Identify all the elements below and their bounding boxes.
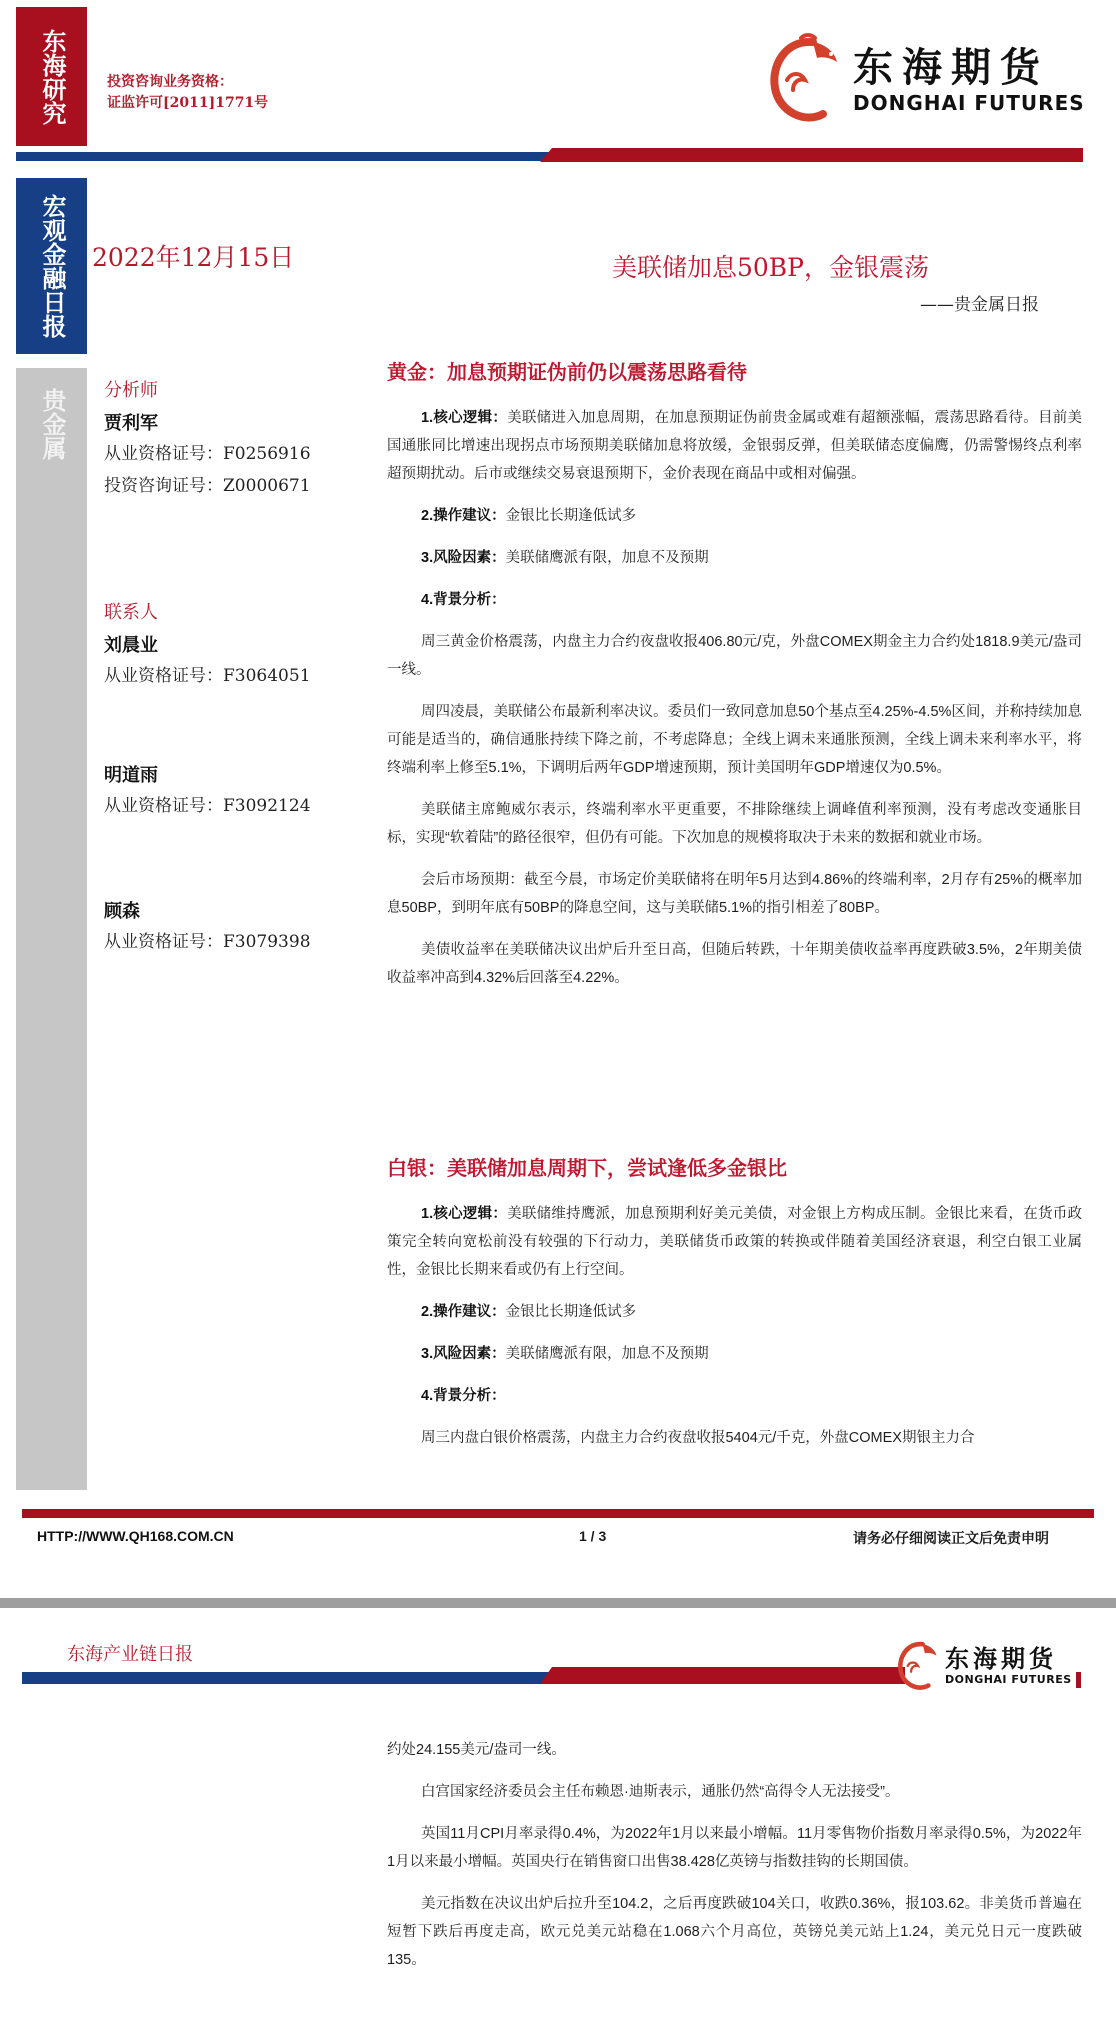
gold-op-text: 金银比长期逢低试多 [506,508,637,524]
silver-op-label: 2.操作建议： [421,1304,506,1320]
subcategory-column: 贵金属 [16,368,87,1490]
page2-logo-accent [1076,1672,1081,1688]
contact-license: 从业资格证号：F3092124 [104,790,344,822]
category-block: 宏观金融日报 [16,178,87,354]
gold-operation: 2.操作建议：金银比长期逢低试多 [387,502,1082,530]
page2-divider-blue [22,1672,562,1684]
silver-bg-label: 4.背景分析： [421,1388,506,1404]
silver-risk: 3.风险因素：美联储鹰派有限，加息不及预期 [387,1340,1082,1368]
footer-divider [22,1509,1094,1518]
contact-name: 刘晨业 [104,632,344,660]
logo-chinese: 东海期货 [945,1645,1072,1673]
brand-block-label: 东海研究 [39,29,64,125]
footer-disclaimer: 请务必仔细阅读正文后免责申明 [853,1528,1049,1548]
gold-section-title: 黄金：加息预期证伪前仍以震荡思路看待 [387,358,1082,386]
logo-english: DONGHAI FUTURES [853,91,1085,115]
contact-role-heading: 联系人 [104,600,344,626]
silver-bg-para: 周三内盘白银价格震荡，内盘主力合约夜盘收报5404元/千克，外盘COMEX期银主… [387,1424,1082,1452]
report-title: 美联储加息50BP，金银震荡 [612,248,929,284]
donghai-logo: 东海期货 DONGHAI FUTURES [765,32,1090,128]
gold-bg-para: 周三黄金价格震荡，内盘主力合约夜盘收报406.80元/克，外盘COMEX期金主力… [387,628,1082,684]
gold-core-logic: 1.核心逻辑：美联储进入加息周期，在加息预期证伪前贵金属或难有超额涨幅，震荡思路… [387,404,1082,488]
silver-core-label: 1.核心逻辑： [421,1206,507,1222]
contact-license: 从业资格证号：F3079398 [104,926,344,958]
qualification-info: 投资咨询业务资格： 证监许可[2011]1771号 [107,72,268,114]
qualification-line1: 投资咨询业务资格： [107,72,268,93]
silver-section-title: 白银：美联储加息周期下，尝试逢低多金银比 [387,1154,1082,1182]
dragon-logo-icon [765,32,845,128]
gold-bg-para: 周四凌晨，美联储公布最新利率决议。委员们一致同意加息50个基点至4.25%-4.… [387,698,1082,782]
silver-section: 白银：美联储加息周期下，尝试逢低多金银比 1.核心逻辑：美联储维持鹰派，加息预期… [387,1154,1082,1452]
gold-risk-text: 美联储鹰派有限，加息不及预期 [506,550,709,566]
gold-background-heading: 4.背景分析： [387,586,1082,614]
page-number: 1 / 3 [579,1528,606,1544]
contact-name: 明道雨 [104,762,344,790]
page2-logo: 东海期货 DONGHAI FUTURES [895,1636,1072,1696]
contact-license: 从业资格证号：F3064051 [104,660,344,692]
logo-chinese: 东海期货 [853,45,1085,91]
silver-op-text: 金银比长期逢低试多 [506,1304,637,1320]
gold-op-label: 2.操作建议： [421,508,506,524]
analyst-name: 贾利军 [104,410,344,438]
report-date: 2022年12月15日 [92,238,294,274]
gold-risk: 3.风险因素：美联储鹰派有限，加息不及预期 [387,544,1082,572]
page-separator [0,1598,1116,1608]
subcategory-label: 贵金属 [39,388,64,460]
page2-content: 约处24.155美元/盎司一线。 白宫国家经济委员会主任布赖恩·迪斯表示，通胀仍… [387,1736,1082,1974]
dragon-logo-icon [895,1636,941,1696]
analyst-license: 从业资格证号：F0256916 [104,438,344,470]
silver-core-logic: 1.核心逻辑：美联储维持鹰派，加息预期利好美元美债，对金银上方构成压制。金银比来… [387,1200,1082,1284]
report-subtitle: ——贵金属日报 [920,290,1039,315]
silver-operation: 2.操作建议：金银比长期逢低试多 [387,1298,1082,1326]
header-divider-blue [16,152,576,161]
page2-para: 英国11月CPI月率录得0.4%，为2022年1月以来最小增幅。11月零售物价指… [387,1820,1082,1876]
page2-divider-red [540,1667,905,1684]
logo-english: DONGHAI FUTURES [945,1673,1072,1687]
analyst-panel: 分析师 贾利军 从业资格证号：F0256916 投资咨询证号：Z0000671 … [104,378,344,958]
gold-bg-label: 4.背景分析： [421,592,506,608]
footer-website-link[interactable]: HTTP://WWW.QH168.COM.CN [37,1528,234,1544]
gold-bg-para: 会后市场预期：截至今晨，市场定价美联储将在明年5月达到4.86%的终端利率，2月… [387,866,1082,922]
header-divider-red [540,148,1083,162]
page2-para: 美元指数在决议出炉后拉升至104.2，之后再度跌破104关口，收跌0.36%，报… [387,1890,1082,1974]
category-label: 宏观金融日报 [39,194,64,338]
silver-background-heading: 4.背景分析： [387,1382,1082,1410]
qualification-line2: 证监许可[2011]1771号 [107,93,268,114]
gold-bg-para: 美债收益率在美联储决议出炉后升至日高，但随后转跌，十年期美债收益率再度跌破3.5… [387,936,1082,992]
gold-bg-para: 美联储主席鲍威尔表示，终端利率水平更重要，不排除继续上调峰值利率预测，没有考虑改… [387,796,1082,852]
page2-header-title: 东海产业链日报 [67,1640,193,1666]
analyst-consult-license: 投资咨询证号：Z0000671 [104,470,344,502]
gold-risk-label: 3.风险因素： [421,550,506,566]
silver-risk-label: 3.风险因素： [421,1346,506,1362]
gold-core-label: 1.核心逻辑： [421,410,507,426]
silver-bg-continuation: 约处24.155美元/盎司一线。 [387,1736,1082,1764]
contact-name: 顾森 [104,898,344,926]
gold-section: 黄金：加息预期证伪前仍以震荡思路看待 1.核心逻辑：美联储进入加息周期，在加息预… [387,358,1082,992]
analyst-role-heading: 分析师 [104,378,344,404]
brand-block: 东海研究 [16,7,87,146]
silver-risk-text: 美联储鹰派有限，加息不及预期 [506,1346,709,1362]
page2-para: 白宫国家经济委员会主任布赖恩·迪斯表示，通胀仍然“高得令人无法接受”。 [387,1778,1082,1806]
